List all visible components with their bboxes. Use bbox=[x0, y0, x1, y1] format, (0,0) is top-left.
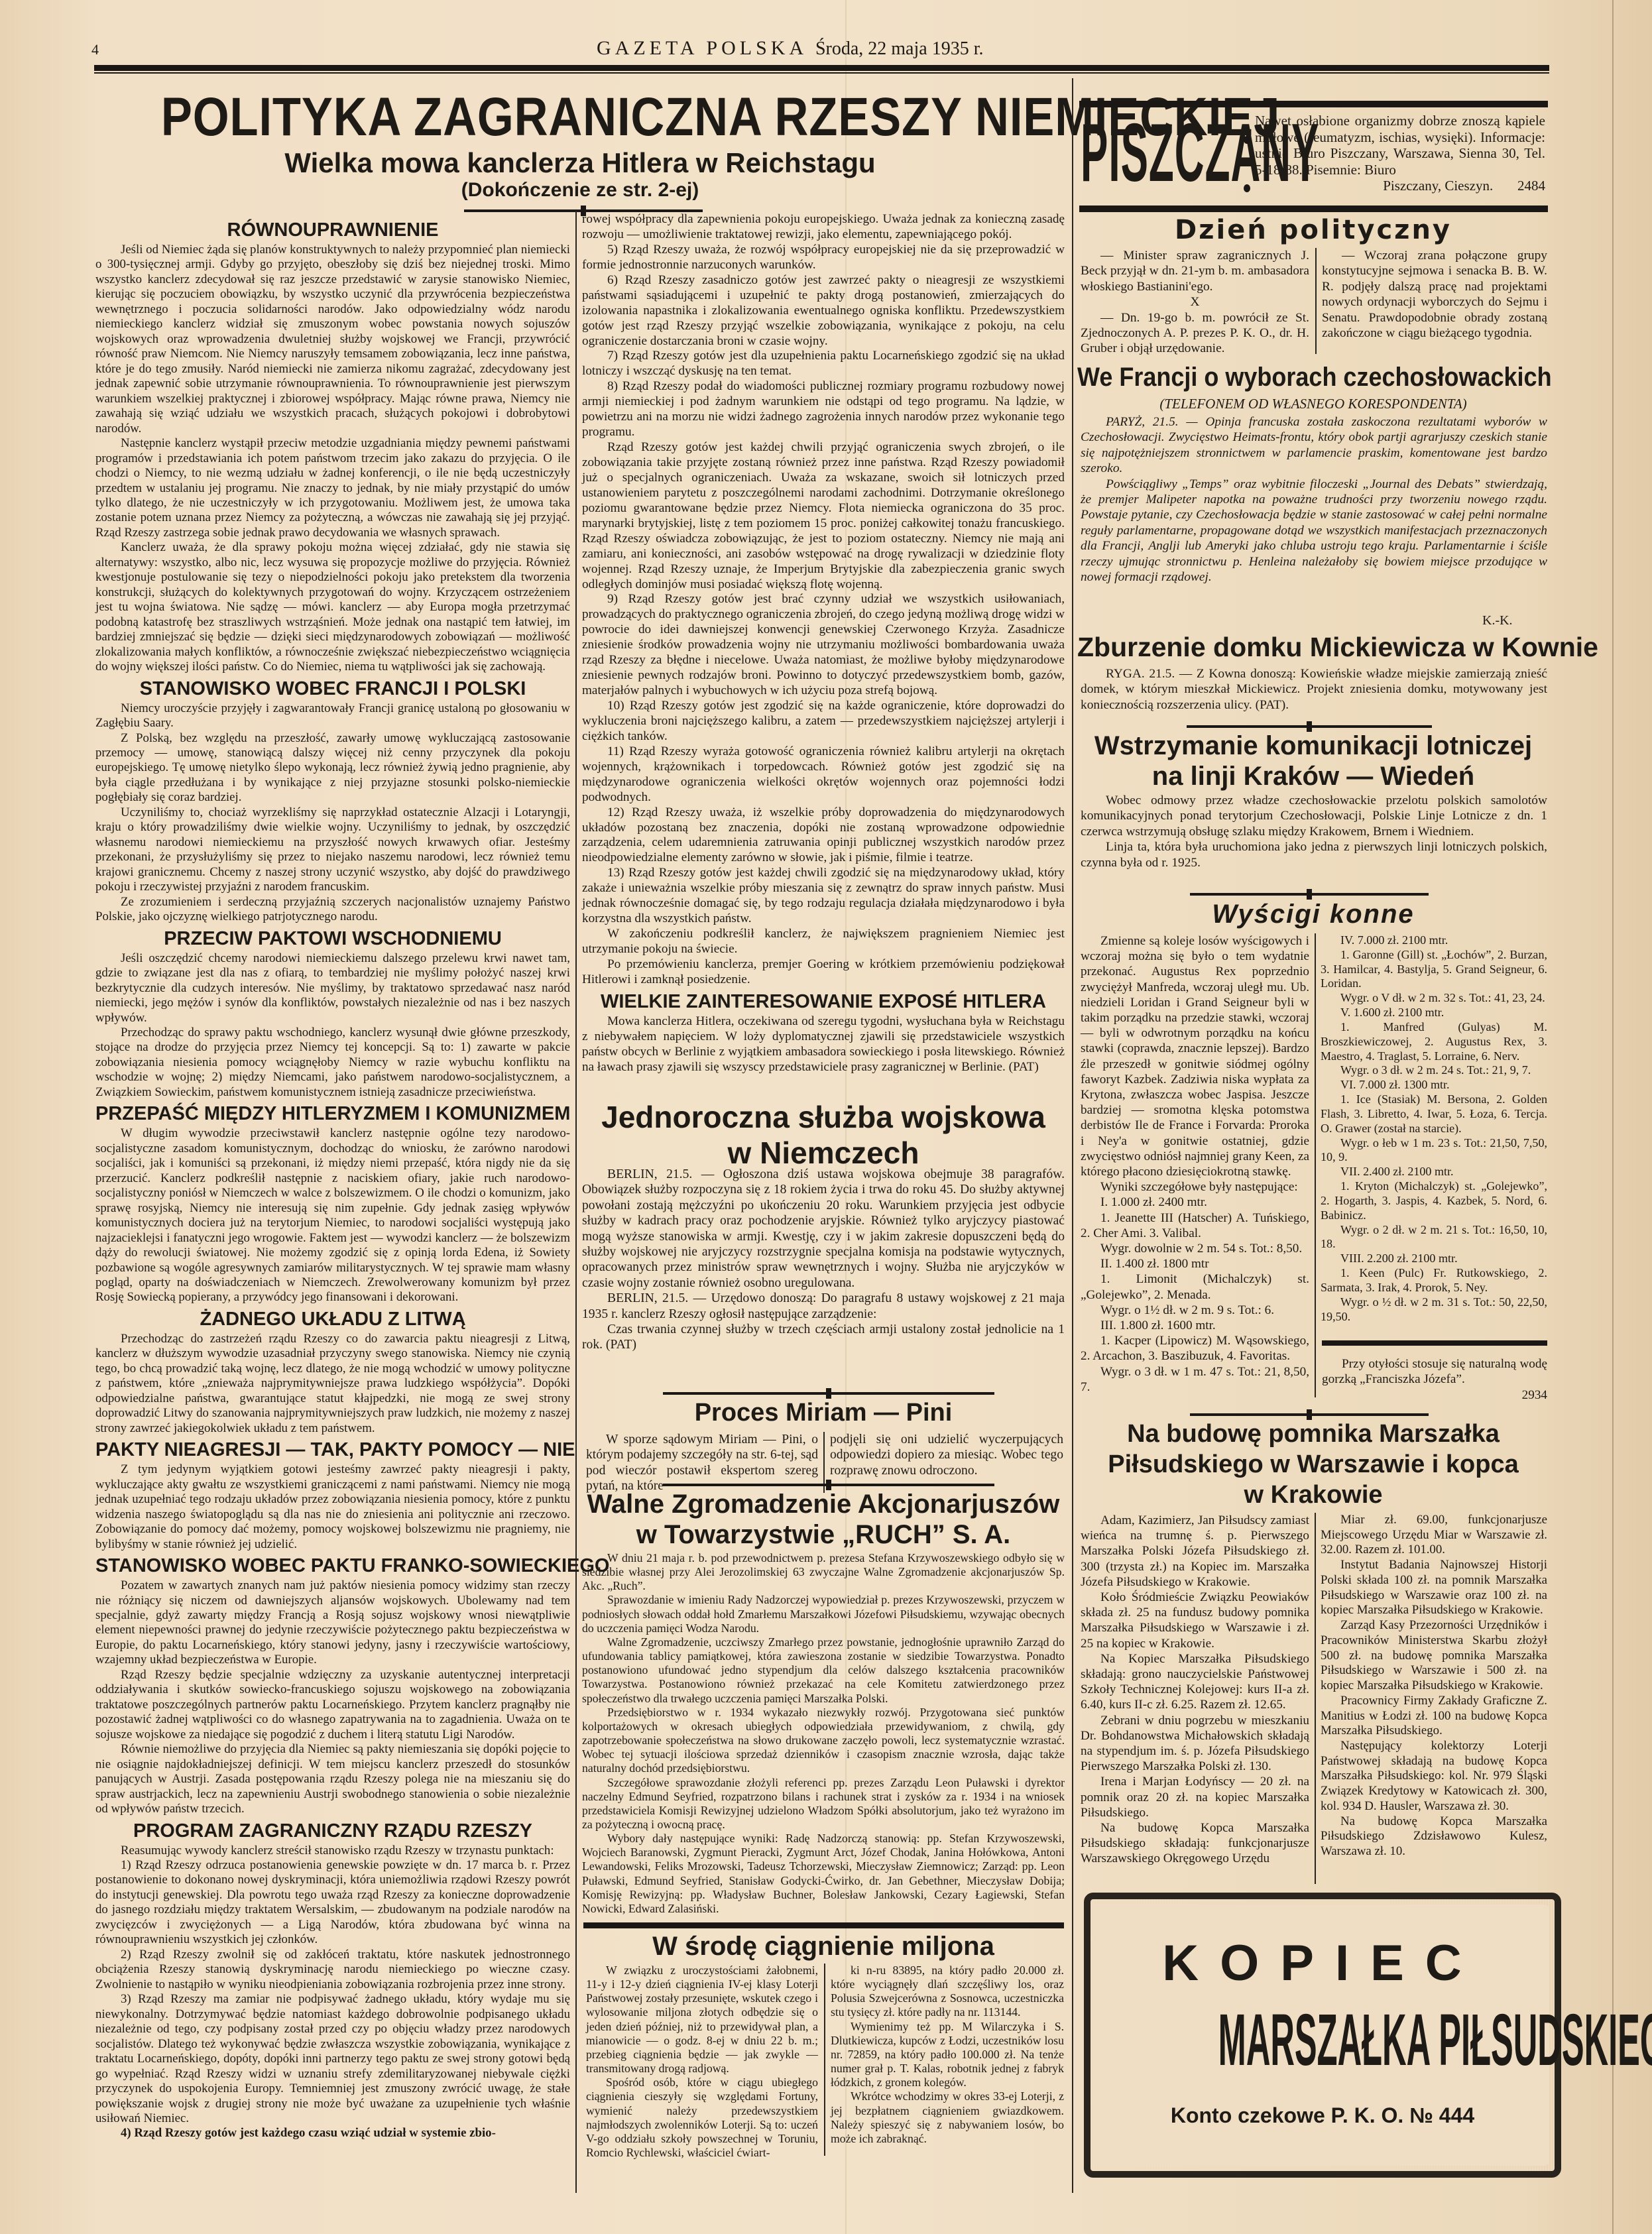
masthead-rule bbox=[94, 65, 1549, 71]
section-subheading: WIELKIE ZAINTERESOWANIE EXPOSÉ HITLERA bbox=[582, 990, 1065, 1013]
paragraph: ki n-ru 83895, na który padło 20.000 zł.… bbox=[831, 1964, 1064, 2020]
section-subheading: STANOWISKO WOBEC FRANCJI I POLSKI bbox=[95, 677, 570, 700]
paragraph: I. 1.000 zł. 2400 mtr. bbox=[1081, 1195, 1309, 1210]
paragraph: 12) Rząd Rzeszy uważa, iż wszelkie próby… bbox=[582, 805, 1065, 866]
paragraph: 10) Rząd Rzeszy gotów jest zgodzić się n… bbox=[582, 699, 1065, 744]
column-divider bbox=[575, 211, 577, 2193]
section-subheading: PRZECIW PAKTOWI WSCHODNIEMU bbox=[95, 927, 570, 950]
paragraph: Wygr. dowolnie w 2 m. 54 s. Tot.: 8,50. bbox=[1081, 1241, 1309, 1256]
paragraph: Jeśli oszczędzić chcemy narodowi niemiec… bbox=[95, 951, 570, 1026]
paragraph: Wybory dały następujące wyniki: Radę Nad… bbox=[582, 1832, 1065, 1916]
political-day-headline: Dzień polityczny bbox=[1077, 215, 1549, 245]
air-line-headline: Wstrzymanie komunikacji lotniczej na lin… bbox=[1077, 731, 1549, 792]
paragraph: Koło Śródmieście Związku Peowiaków skład… bbox=[1081, 1590, 1309, 1651]
paragraph: Po przemówieniu kanclerza, premjer Goeri… bbox=[582, 957, 1065, 988]
ruch-headline: Walne Zgromadzenie Akcjonarjuszów w Towa… bbox=[582, 1489, 1065, 1550]
paragraph: Przedsiębiorstwo w r. 1934 wykazało niez… bbox=[582, 1706, 1065, 1776]
ruch-body: W dniu 21 maja r. b. pod przewodnictwem … bbox=[582, 1551, 1065, 1916]
paragraph: 2) Rząd Rzeszy zwolnił się od zakłóceń t… bbox=[95, 1948, 570, 1992]
paragraph: Irena i Marjan Łodyńscy — 20 zł. na pomn… bbox=[1081, 1774, 1309, 1820]
paragraph: 1. Limonit (Michalczyk) st. „Golejewko”,… bbox=[1081, 1271, 1309, 1302]
paragraph: Szczegółowe sprawozdanie złożyli referen… bbox=[582, 1776, 1065, 1832]
paragraph: V. 1.600 zł. 2100 mtr. bbox=[1321, 1006, 1547, 1020]
miriam-pini-headline: Proces Miriam — Pini bbox=[582, 1397, 1065, 1428]
paragraph: 1. Ice (Stasiak) M. Bersona, 2. Golden F… bbox=[1321, 1092, 1547, 1136]
kopiec-ad-subtitle: MARSZAŁKA PIŁSUDSKIEGO bbox=[1218, 2004, 1427, 2077]
lottery-right: ki n-ru 83895, na który padło 20.000 zł.… bbox=[831, 1964, 1064, 2146]
paragraph: Sprawozdanie w imieniu Rady Nadzorczej w… bbox=[582, 1593, 1065, 1635]
colon-dot bbox=[1244, 184, 1250, 192]
section-subheading: PROGRAM ZAGRANICZNY RZĄDU RZESZY bbox=[95, 1820, 570, 1842]
paragraph: Wobec odmowy przez władze czechosłowacki… bbox=[1081, 793, 1547, 839]
ruch-headline-line1: Walne Zgromadzenie Akcjonarjuszów bbox=[582, 1489, 1065, 1519]
paragraph: 13) Rząd Rzeszy gotów jest każdej chwili… bbox=[582, 866, 1065, 927]
paragraph: Wygr. o 2 dł. w 2 m. 21 s. Tot.: 16,50, … bbox=[1321, 1223, 1547, 1252]
miriam-pini-right: podjęli się oni udzielić wyczerpujących … bbox=[830, 1432, 1063, 1478]
paragraph: Miar zł. 69.00, funkcjonarjusze Miejscow… bbox=[1321, 1513, 1547, 1558]
paragraph: BERLIN, 21.5. — Urzędowo donoszą: Do par… bbox=[582, 1291, 1065, 1322]
air-line-headline-line2: na linji Kraków — Wiedeń bbox=[1077, 761, 1549, 792]
paragraph: Jeśli od Niemiec żąda się planów konstru… bbox=[95, 243, 570, 436]
ad-rule-bottom bbox=[1079, 206, 1548, 212]
monument-left: Adam, Kazimierz, Jan Piłsudscy zamiast w… bbox=[1081, 1513, 1309, 1867]
section-ornament bbox=[663, 1482, 994, 1488]
paragraph: Na budowę Kopca Marszałka Piłsudskiego s… bbox=[1081, 1820, 1309, 1867]
paragraph: Wygr. o łeb w 1 m. 23 s. Tot.: 21,50, 7,… bbox=[1321, 1136, 1547, 1165]
czech-elections-headline: We Francji o wyborach czechosłowackich bbox=[1077, 361, 1502, 393]
paragraph: Wymienimy też pp. M Wilarczyka i S. Dlut… bbox=[831, 2020, 1064, 2090]
paragraph: Rząd Rzeszy gotów jest każdej chwili prz… bbox=[582, 440, 1065, 592]
paragraph: — Minister spraw zagranicznych J. Beck p… bbox=[1081, 248, 1309, 294]
paragraph: 6) Rząd Rzeszy zasadniczo gotów jest zaw… bbox=[582, 273, 1065, 349]
main-headline: POLITYKA ZAGRANICZNA RZESZY NIEMIECKIEJ bbox=[161, 86, 999, 148]
paragraph: Pracownicy Firmy Zakłady Graficzne Z. Ma… bbox=[1321, 1694, 1547, 1739]
paragraph: 1. Kacper (Lipowicz) M. Wąsowskiego, 2. … bbox=[1081, 1333, 1309, 1364]
paragraph: Walne Zgromadzenie, uczciwszy Zmarłego p… bbox=[582, 1635, 1065, 1706]
paragraph: Przechodząc do zastrzeżeń rządu Rzeszy c… bbox=[95, 1332, 570, 1436]
monument-headline-line1: Na budowę pomnika Marszałka bbox=[1077, 1419, 1549, 1449]
paragraph: PARYŻ, 21.5. — Opinja francuska została … bbox=[1081, 414, 1547, 477]
paragraph: Zebrani w dniu pogrzebu w mieszkaniu Dr.… bbox=[1081, 1713, 1309, 1775]
paragraph: 4) Rząd Rzeszy gotów jest każdego czasu … bbox=[95, 2126, 570, 2141]
section-ornament bbox=[1190, 892, 1429, 897]
paragraph: Uczyniliśmy to, chociaż wyrzekliśmy się … bbox=[95, 805, 570, 895]
paragraph: rowej współpracy dla zapewnienia pokoju … bbox=[582, 212, 1065, 243]
military-service-headline: Jednoroczna służba wojskowa w Niemczech bbox=[582, 1099, 1065, 1171]
column-divider bbox=[1072, 78, 1073, 2193]
paragraph: Wygr. o ½ dł. w 2 m. 31 s. Tot.: 50, 22,… bbox=[1321, 1295, 1547, 1324]
page-number: 4 bbox=[91, 41, 99, 58]
paragraph: W zakończeniu podkreślił kanclerz, że na… bbox=[582, 927, 1065, 957]
lottery-headline: W środę ciągnienie miljona bbox=[582, 1930, 1065, 1962]
monument-headline: Na budowę pomnika Marszałka Piłsudskiego… bbox=[1077, 1419, 1549, 1510]
mickiewicz-headline: Zburzenie domku Mickiewicza w Kownie bbox=[1077, 631, 1549, 663]
air-line-body: Wobec odmowy przez władze czechosłowacki… bbox=[1081, 793, 1547, 870]
section-ornament bbox=[1190, 1412, 1429, 1417]
paragraph: Rząd Rzeszy będzie specjalnie wdzięczny … bbox=[95, 1668, 570, 1742]
column-divider bbox=[1315, 933, 1316, 1397]
paragraph: IV. 7.000 zł. 2100 mtr. bbox=[1321, 933, 1547, 948]
lottery-left: W związku z uroczystościami żałobnemi, 1… bbox=[586, 1964, 818, 2160]
section-subheading: ŻADNEGO UKŁADU Z LITWĄ bbox=[95, 1308, 570, 1330]
paragraph: Zmienne są koleje losów wyścigowych i wc… bbox=[1081, 933, 1309, 1179]
franz-josef-ad: Przy otyłości stosuje się naturalną wodę… bbox=[1322, 1356, 1547, 1403]
mickiewicz-body: RYGA. 21.5. — Z Kowna donoszą: Kowieński… bbox=[1081, 666, 1547, 713]
page-edge bbox=[1612, 0, 1614, 2234]
paragraph: W związku z uroczystościami żałobnemi, 1… bbox=[586, 1964, 818, 2076]
continuation-note: (Dokończenie ze str. 2-ej) bbox=[93, 179, 1067, 202]
paragraph: 1. Manfred (Gulyas) M. Broszkiewiczowej,… bbox=[1321, 1020, 1547, 1063]
paragraph: 1) Rząd Rzeszy odrzuca postanowienia gen… bbox=[95, 1858, 570, 1948]
paragraph: Następujący kolektorzy Loterji Państwowe… bbox=[1321, 1739, 1547, 1814]
paragraph: Niemcy uroczyście przyjęły i zagwarantow… bbox=[95, 701, 570, 731]
paragraph: Wkrótce wchodzimy w okres 33-ej Loterji,… bbox=[831, 2089, 1064, 2146]
piszczany-ad-text: Nawet osłabione organizmy dobrze znoszą … bbox=[1255, 113, 1545, 194]
miriam-pini-text-right: podjęli się oni udzielić wyczerpujących … bbox=[830, 1432, 1063, 1478]
section-subheading: PAKTY NIEAGRESJI — TAK, PAKTY POMOCY — N… bbox=[95, 1439, 570, 1461]
paragraph: VIII. 2.200 zł. 2100 mtr. bbox=[1321, 1252, 1547, 1266]
paragraph: BERLIN, 21.5. — Ogłoszona dziś ustawa wo… bbox=[582, 1167, 1065, 1291]
paragraph: 7) Rząd Rzeszy gotów jest dla uzupełnien… bbox=[582, 349, 1065, 379]
section-subheading: PRZEPAŚĆ MIĘDZY HITLERYZMEM I KOMUNIZMEM bbox=[95, 1102, 570, 1125]
mickiewicz-text: RYGA. 21.5. — Z Kowna donoszą: Kowieński… bbox=[1081, 666, 1547, 713]
paragraph: W dniu 21 maja r. b. pod przewodnictwem … bbox=[582, 1551, 1065, 1593]
paper-name: GAZETA POLSKA bbox=[597, 37, 806, 59]
paragraph: Ze zrozumieniem i serdeczną przyjaźnią s… bbox=[95, 895, 570, 925]
monument-headline-line3: w Krakowie bbox=[1077, 1480, 1549, 1510]
paragraph: 1. Garonne (Gill) st. „Łochów”, 2. Burza… bbox=[1321, 948, 1547, 991]
kopiec-ad: KOPIEC MARSZAŁKA PIŁSUDSKIEGO Konto czek… bbox=[1084, 1893, 1561, 2178]
air-line-headline-line1: Wstrzymanie komunikacji lotniczej bbox=[1077, 731, 1549, 761]
separator: X bbox=[1081, 294, 1309, 310]
paragraph: Wygr. o 3 dł. w 2 m. 24 s. Tot.: 21, 9, … bbox=[1321, 1063, 1547, 1078]
horse-races-headline: Wyścigi konne bbox=[1077, 899, 1549, 929]
paragraph: Reasumując wywody kanclerz streścił stan… bbox=[95, 1844, 570, 1858]
column-divider bbox=[824, 1964, 825, 2156]
paragraph: 5) Rząd Rzeszy uważa, że rozwój współpra… bbox=[582, 243, 1065, 273]
kopiec-ad-title: KOPIEC bbox=[1096, 1934, 1549, 1992]
paragraph: 8) Rząd Rzeszy podał do wiadomości publi… bbox=[582, 379, 1065, 440]
section-subheading: RÓWNOUPRAWNIENIE bbox=[95, 219, 570, 241]
czech-elections-body: PARYŻ, 21.5. — Opinja francuska została … bbox=[1081, 414, 1547, 585]
section-ornament bbox=[663, 1391, 994, 1396]
franz-josef-ad-text: Przy otyłości stosuje się naturalną wodę… bbox=[1322, 1356, 1547, 1387]
paragraph: Wygr. o 3 dł. w 1 m. 47 s. Tot.: 21, 8,5… bbox=[1081, 1364, 1309, 1395]
paragraph: Pozatem w zawartych znanych nam już pakt… bbox=[95, 1578, 570, 1668]
paragraph: Adam, Kazimierz, Jan Piłsudscy zamiast w… bbox=[1081, 1513, 1309, 1590]
section-subheading: STANOWISKO WOBEC PAKTU FRANKO-SOWIECKIEG… bbox=[95, 1555, 570, 1577]
paragraph: Równie niemożliwe do przyjęcia dla Niemi… bbox=[95, 1742, 570, 1816]
paragraph: 1. Jeanette III (Hatscher) A. Tuńskiego,… bbox=[1081, 1210, 1309, 1241]
political-day-left: — Minister spraw zagranicznych J. Beck p… bbox=[1081, 248, 1309, 357]
masthead-rule-thin bbox=[94, 72, 1549, 74]
paragraph: II. 1.400 zł. 1800 mtr bbox=[1081, 1256, 1309, 1271]
column-divider bbox=[1315, 1513, 1316, 1884]
kopiec-ad-account: Konto czekowe P. K. O. № 444 bbox=[1096, 2103, 1549, 2128]
colon-dot bbox=[1244, 136, 1250, 144]
section-rule bbox=[583, 1922, 1064, 1928]
ad-rule-top bbox=[1079, 101, 1548, 107]
article-signature: K.-K. bbox=[1482, 613, 1513, 628]
paragraph: Przechodząc do sprawy paktu wschodniego,… bbox=[95, 1026, 570, 1100]
paragraph: 9) Rząd Rzeszy gotów jest brać czynny ud… bbox=[582, 592, 1065, 699]
paragraph: III. 1.800 zł. 1600 mtr. bbox=[1081, 1318, 1309, 1333]
horse-races-left: Zmienne są koleje losów wyścigowych i wc… bbox=[1081, 933, 1309, 1395]
czech-elections-byline: (TELEFONEM OD WŁASNEGO KORESPONDENTA) bbox=[1077, 396, 1549, 412]
paragraph: Na Kopiec Marszałka Piłsudskiego składaj… bbox=[1081, 1651, 1309, 1713]
paragraph: W długim wywodzie przeciwstawił kanclerz… bbox=[95, 1126, 570, 1305]
paragraph: Na budowę Kopca Marszałka Piłsudskiego Z… bbox=[1321, 1814, 1547, 1859]
issue-date: Środa, 22 maja 1935 r. bbox=[815, 38, 984, 59]
main-article-left-column: RÓWNOUPRAWNIENIEJeśli od Niemiec żąda si… bbox=[95, 216, 570, 2141]
paragraph: — Dn. 19-go b. m. powrócił ze St. Zjedno… bbox=[1081, 310, 1309, 357]
military-service-headline-line2: w Niemczech bbox=[582, 1135, 1065, 1171]
main-subheadline: Wielka mowa kanclerza Hitlera w Reichsta… bbox=[93, 147, 1067, 179]
kopiec-ad-inner: KOPIEC MARSZAŁKA PIŁSUDSKIEGO Konto czek… bbox=[1096, 1905, 1549, 2166]
paragraph: Powściągliwy „Temps” oraz wybitnie filoc… bbox=[1081, 477, 1547, 585]
paragraph: Zarząd Kasy Przezorności Urzędników i Pr… bbox=[1321, 1618, 1547, 1694]
piszczany-ad-address: Piszczany, Cieszyn. bbox=[1383, 178, 1493, 194]
paragraph: Mowa kanclerza Hitlera, oczekiwana od sz… bbox=[582, 1014, 1065, 1075]
military-service-body: BERLIN, 21.5. — Ogłoszona dziś ustawa wo… bbox=[582, 1167, 1065, 1353]
paragraph: Z tym jedynym wyjątkiem gotowi jesteśmy … bbox=[95, 1462, 570, 1552]
ruch-headline-line2: w Towarzystwie „RUCH” S. A. bbox=[582, 1519, 1065, 1550]
paragraph: VII. 2.400 zł. 2100 mtr. bbox=[1321, 1165, 1547, 1179]
paragraph: Spośród osób, które w ciągu ubiegłego ci… bbox=[586, 2076, 818, 2160]
paragraph: Linja ta, która była uruchomiona jako je… bbox=[1081, 839, 1547, 870]
monument-right: Miar zł. 69.00, funkcjonarjusze Miejscow… bbox=[1321, 1513, 1547, 1859]
main-article-middle-column: rowej współpracy dla zapewnienia pokoju … bbox=[582, 212, 1065, 1075]
paragraph: Kanclerz uważa, że dla sprawy pokoju moż… bbox=[95, 540, 570, 674]
piszczany-ad-body: Nawet osłabione organizmy dobrze znoszą … bbox=[1255, 113, 1545, 178]
paragraph: Następnie kanclerz wystąpił przeciw meto… bbox=[95, 436, 570, 540]
paragraph: 1. Keen (Pulc) Fr. Rutkowskiego, 2. Sarm… bbox=[1321, 1266, 1547, 1295]
paragraph: 3) Rząd Rzeszy ma zamiar nie podpisywać … bbox=[95, 1992, 570, 2126]
paragraph: Wygr. o V dł. w 2 m. 32 s. Tot.: 41, 23,… bbox=[1321, 991, 1547, 1006]
horse-races-right: IV. 7.000 zł. 2100 mtr.1. Garonne (Gill)… bbox=[1321, 933, 1547, 1324]
paragraph: 11) Rząd Rzeszy wyraża gotowość ogranicz… bbox=[582, 744, 1065, 805]
political-day-right: — Wczoraj zrana połączone grupy konstytu… bbox=[1322, 248, 1547, 341]
paragraph: 1. Kryton (Michalczyk) st. „Golejewko”, … bbox=[1321, 1179, 1547, 1222]
paragraph: VI. 7.000 zł. 1300 mtr. bbox=[1321, 1078, 1547, 1092]
paragraph: — Wczoraj zrana połączone grupy konstytu… bbox=[1322, 248, 1547, 341]
masthead: GAZETA POLSKA Środa, 22 maja 1935 r. bbox=[597, 37, 983, 60]
military-service-headline-line1: Jednoroczna służba wojskowa bbox=[582, 1099, 1065, 1135]
monument-headline-line2: Piłsudskiego w Warszawie i kopca bbox=[1077, 1449, 1549, 1480]
piszczany-ad-footer: Piszczany, Cieszyn. 2484 bbox=[1255, 178, 1545, 194]
section-ornament bbox=[1187, 724, 1432, 729]
ad-number: 2934 bbox=[1322, 1387, 1547, 1403]
paragraph: Czas trwania czynnej służby w trzech czę… bbox=[582, 1322, 1065, 1353]
paragraph: Wyniki szczegółowe były następujące: bbox=[1081, 1179, 1309, 1195]
paragraph: Z Polską, bez względu na przeszłość, zaw… bbox=[95, 731, 570, 805]
paragraph: Wygr. o 1½ dł. w 2 m. 9 s. Tot.: 6. bbox=[1081, 1303, 1309, 1318]
ad-rule bbox=[1322, 1340, 1547, 1346]
column-divider bbox=[1315, 248, 1317, 354]
ad-number: 2484 bbox=[1517, 178, 1545, 194]
paragraph: Instytut Badania Najnowszej Historji Pol… bbox=[1321, 1558, 1547, 1618]
